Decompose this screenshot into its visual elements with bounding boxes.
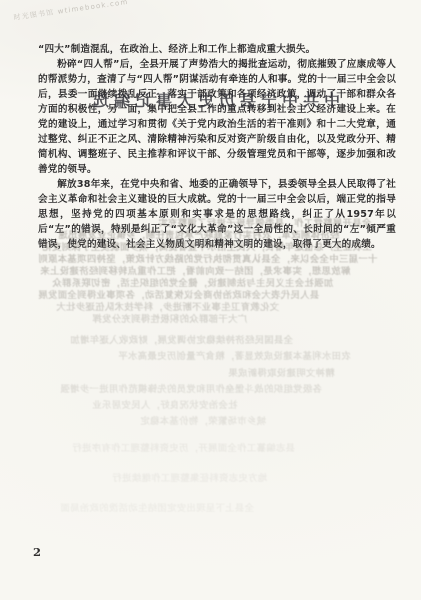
bleedthrough-line: 农田水利基本建设成效显著，粮食产量创历史最高水平: [118, 348, 351, 362]
bleedthrough-line: 地方史志资料征集整理工作继续进行: [112, 470, 267, 484]
page-number: 2: [33, 545, 41, 559]
bleedthrough-stamp: 中共中宁县历史大事记编选: [72, 88, 340, 111]
watermark: 时光图书馆 wtimebook.com: [13, 0, 129, 23]
bleedthrough-line: 县人民代表大会和政治协商会议恢复活动，各项事业得到全面发展: [38, 287, 319, 301]
paragraph-1: “四大”制造混乱，在政治上、经济上和工作上都造成重大损失。: [38, 42, 396, 57]
bleedthrough-line: 解放思想，实事求是，团结一致向前看，把工作重点转移到经济建设上来: [40, 263, 350, 277]
text-block: “四大”制造混乱，在政治上、经济上和工作上都造成重大损失。 粉碎“四人帮”后，全…: [38, 42, 396, 252]
bleedthrough-line: 全县上下呈现出安定团结生动活泼的政治局面: [60, 500, 254, 514]
bleedthrough-line: 社会治安状况良好，人民安居乐业: [92, 397, 237, 411]
bleedthrough-line: 城乡市场繁荣，物价基本稳定: [140, 413, 266, 427]
bleedthrough-line: 县志编纂工作全面展开，历史资料整理工作有序进行: [72, 440, 295, 454]
paragraph-3: 解放38年来，在党中央和省、地委的正确领导下，县委领导全县人民取得了社会主义革命…: [38, 177, 396, 252]
bleedthrough-line: 十一届三中全会以来，全县认真贯彻执行党的路线方针政策，坚持四项基本原则: [38, 251, 377, 265]
bleedthrough-line: 精神文明建设取得新成果: [228, 365, 335, 379]
bleedthrough-line: 各级党组织的战斗堡垒作用和党员的先锋模范作用进一步增强: [60, 381, 322, 395]
scanned-page: 时光图书馆 wtimebook.com “四大”制造混乱，在政治上、经济上和工作…: [0, 0, 421, 600]
paragraph-2: 粉碎“四人帮”后，全县开展了声势浩大的揭批查运动，彻底摧毁了应康成等人的帮派势力…: [38, 57, 396, 177]
bleedthrough-line: 全县国民经济持续稳定协调发展，财政收入逐年增加: [70, 332, 293, 346]
bleedthrough-line: 广大干部群众的积极性得到充分发挥: [92, 311, 247, 325]
bleedthrough-line: 加强社会主义民主与法制建设，健全党的组织生活，密切联系群众: [52, 275, 333, 289]
bleedthrough-line: 文化教育卫生事业不断进步，科学技术队伍逐步壮大: [56, 299, 279, 313]
